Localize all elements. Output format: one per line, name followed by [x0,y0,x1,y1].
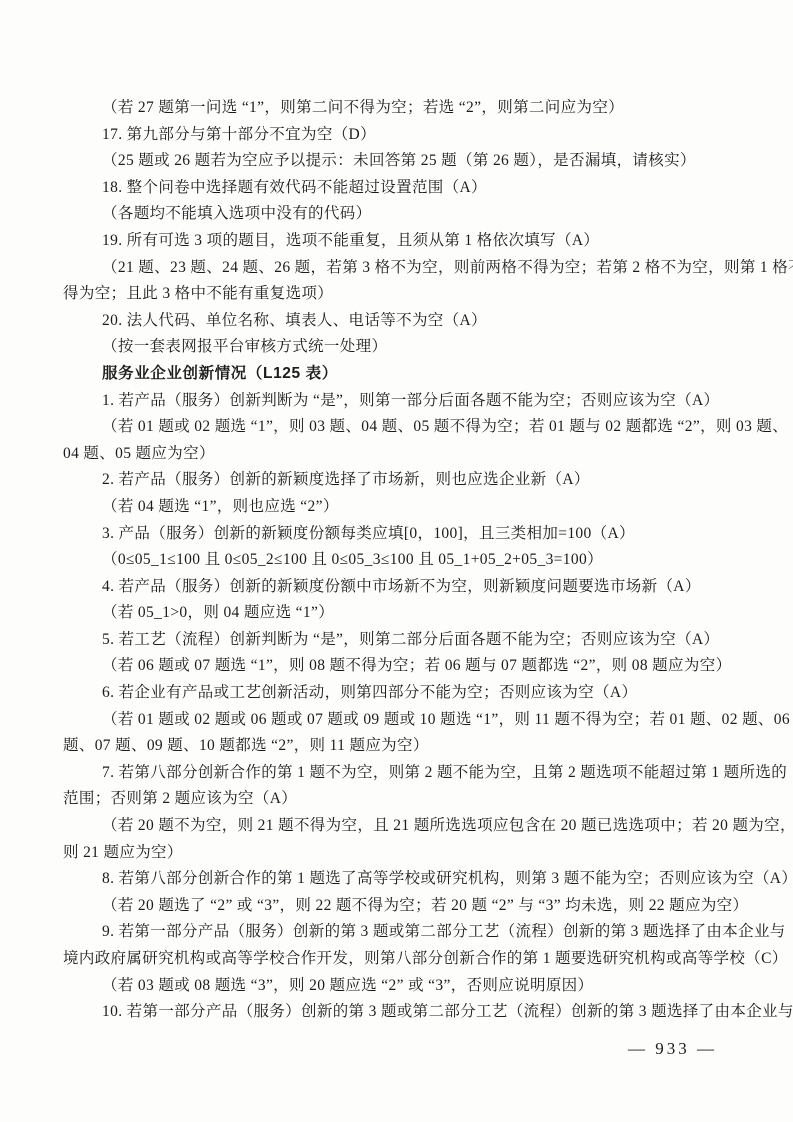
text-line: （若 04 题选 “1”，则也应选 “2”） [63,494,718,521]
text-line: （0≤05_1≤100 且 0≤05_2≤100 且 0≤05_3≤100 且 … [63,547,718,574]
page-content: （若 27 题第一问选 “1”，则第二问不得为空；若选 “2”，则第二问应为空）… [63,95,718,1026]
text-line: 题、07 题、09 题、10 题都选 “2”，则 11 题应为空） [63,733,718,760]
text-line: （各题均不能填入选项中没有的代码） [63,201,718,228]
text-line: 1. 若产品（服务）创新判断为 “是”，则第一部分后面各题不能为空；否则应该为空… [63,388,718,415]
text-line: （25 题或 26 题若为空应予以提示：未回答第 25 题（第 26 题），是否… [63,148,718,175]
text-line: （按一套表网报平台审核方式统一处理） [63,334,718,361]
text-line: 范围；否则第 2 题应该为空（A） [63,786,718,813]
text-line: 4. 若产品（服务）创新的新颖度份额中市场新不为空，则新颖度问题要选市场新（A） [63,574,718,601]
text-line: 18. 整个问卷中选择题有效代码不能超过设置范围（A） [63,175,718,202]
section-heading: 服务业企业创新情况（L125 表） [63,361,718,388]
text-line: 9. 若第一部分产品（服务）创新的第 3 题或第二部分工艺（流程）创新的第 3 … [63,919,718,946]
text-line: （若 05_1>0，则 04 题应选 “1”） [63,600,718,627]
text-line: 20. 法人代码、单位名称、填表人、电话等不为空（A） [63,308,718,335]
text-line: 得为空；且此 3 格中不能有重复选项） [63,281,718,308]
text-line: 10. 若第一部分产品（服务）创新的第 3 题或第二部分工艺（流程）创新的第 3… [63,999,718,1026]
text-line: 7. 若第八部分创新合作的第 1 题不为空，则第 2 题不能为空，且第 2 题选… [63,760,718,787]
text-line: 2. 若产品（服务）创新的新颖度选择了市场新，则也应选企业新（A） [63,467,718,494]
text-line: 04 题、05 题应为空） [63,441,718,468]
text-line: （21 题、23 题、24 题、26 题，若第 3 格不为空，则前两格不得为空；… [63,255,718,282]
text-line: （若 01 题或 02 题或 06 题或 07 题或 09 题或 10 题选 “… [63,707,718,734]
text-line: 6. 若企业有产品或工艺创新活动，则第四部分不能为空；否则应该为空（A） [63,680,718,707]
text-line: 8. 若第八部分创新合作的第 1 题选了高等学校或研究机构，则第 3 题不能为空… [63,866,718,893]
page-number: — 933 — [628,1038,717,1060]
text-line: 17. 第九部分与第十部分不宜为空（D） [63,122,718,149]
text-line: 境内政府属研究机构或高等学校合作开发，则第八部分创新合作的第 1 题要选研究机构… [63,946,718,973]
text-line: （若 27 题第一问选 “1”，则第二问不得为空；若选 “2”，则第二问应为空） [63,95,718,122]
text-line: 3. 产品（服务）创新的新颖度份额每类应填[0，100]，且三类相加=100（A… [63,521,718,548]
text-line: （若 06 题或 07 题选 “1”，则 08 题不得为空；若 06 题与 07… [63,653,718,680]
text-line: 19. 所有可选 3 项的题目，选项不能重复，且须从第 1 格依次填写（A） [63,228,718,255]
text-line: （若 03 题或 08 题选 “3”，则 20 题应选 “2” 或 “3”，否则… [63,973,718,1000]
text-line: （若 20 题不为空，则 21 题不得为空，且 21 题所选选项应包含在 20 … [63,813,718,840]
text-line: （若 20 题选了 “2” 或 “3”，则 22 题不得为空；若 20 题 “2… [63,893,718,920]
text-line: （若 01 题或 02 题选 “1”，则 03 题、04 题、05 题不得为空；… [63,414,718,441]
text-line: 5. 若工艺（流程）创新判断为 “是”，则第二部分后面各题不能为空；否则应该为空… [63,627,718,654]
text-line: 则 21 题应为空） [63,840,718,867]
document-page: （若 27 题第一问选 “1”，则第二问不得为空；若选 “2”，则第二问应为空）… [0,0,793,1122]
